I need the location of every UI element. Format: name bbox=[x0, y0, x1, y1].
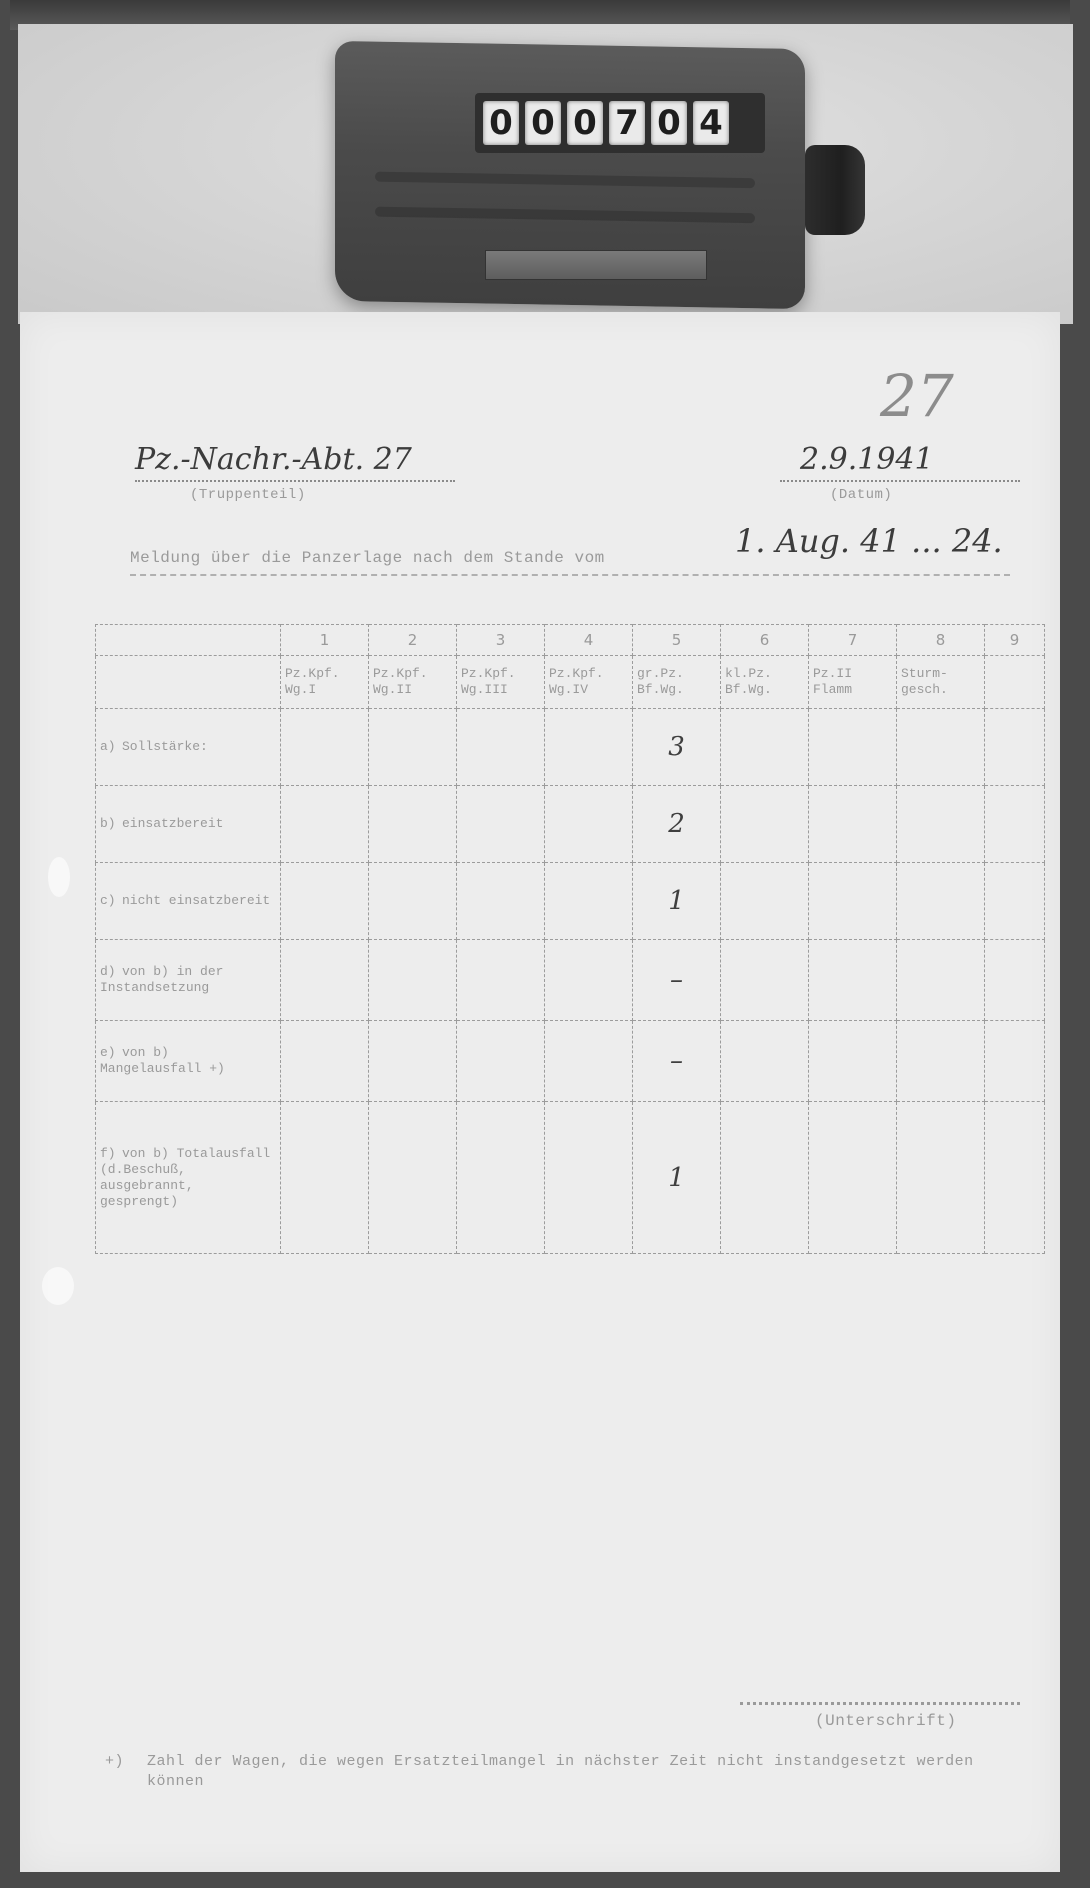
table-cell: 3 bbox=[633, 709, 721, 786]
table-cell bbox=[721, 1102, 809, 1254]
table-cell bbox=[281, 862, 369, 939]
table-cell bbox=[985, 709, 1045, 786]
table-cell bbox=[897, 862, 985, 939]
signature-line bbox=[740, 1702, 1020, 1705]
table-cell bbox=[985, 1021, 1045, 1102]
column-number: 4 bbox=[545, 625, 633, 656]
row-label: a)Sollstärke: bbox=[96, 709, 281, 786]
table-cell bbox=[281, 1021, 369, 1102]
table-cell bbox=[897, 785, 985, 862]
table-cell bbox=[457, 1021, 545, 1102]
row-label-header bbox=[96, 656, 281, 709]
row-label-text: Sollstärke: bbox=[122, 739, 208, 754]
table-cell: 1 bbox=[633, 862, 721, 939]
table-row: c)nicht einsatzbereit 1 bbox=[96, 862, 1045, 939]
mechanical-counter: 0 0 0 7 0 4 bbox=[335, 45, 800, 310]
table-cell bbox=[457, 939, 545, 1020]
column-header: gr.Pz. Bf.Wg. bbox=[633, 656, 721, 709]
table-cell bbox=[985, 862, 1045, 939]
status-as-of-date: 1. Aug. 41 ... 24. bbox=[735, 522, 1003, 560]
table-cell bbox=[985, 785, 1045, 862]
table-cell bbox=[281, 785, 369, 862]
table-cell bbox=[897, 709, 985, 786]
paper-smudge bbox=[42, 1267, 74, 1305]
column-number: 6 bbox=[721, 625, 809, 656]
table-cell bbox=[369, 785, 457, 862]
table-cell bbox=[809, 709, 897, 786]
counter-ridge bbox=[375, 172, 755, 189]
table-cell bbox=[809, 1102, 897, 1254]
row-letter: b) bbox=[100, 816, 122, 832]
table-row: b)einsatzbereit 2 bbox=[96, 785, 1045, 862]
row-label: c)nicht einsatzbereit bbox=[96, 862, 281, 939]
column-header: Pz.Kpf. Wg.III bbox=[457, 656, 545, 709]
column-number: 5 bbox=[633, 625, 721, 656]
table-cell bbox=[369, 862, 457, 939]
table-row: a)Sollstärke: 3 bbox=[96, 709, 1045, 786]
column-number: 3 bbox=[457, 625, 545, 656]
table-cell bbox=[545, 939, 633, 1020]
footnote-mark: +) bbox=[105, 1752, 124, 1772]
row-label: f)von b) Totalausfall (d.Beschuß, ausgeb… bbox=[96, 1102, 281, 1254]
column-name-row: Pz.Kpf. Wg.I Pz.Kpf. Wg.II Pz.Kpf. Wg.II… bbox=[96, 656, 1045, 709]
table-cell bbox=[281, 1102, 369, 1254]
unit-dotted-line bbox=[135, 480, 455, 482]
counter-digit: 7 bbox=[609, 101, 645, 145]
row-letter: a) bbox=[100, 739, 122, 755]
table-cell bbox=[369, 1102, 457, 1254]
column-header: Pz.Kpf. Wg.IV bbox=[545, 656, 633, 709]
date-field-label: (Datum) bbox=[830, 487, 892, 503]
row-label-header bbox=[96, 625, 281, 656]
counter-digit: 0 bbox=[651, 101, 687, 145]
unit-field-label: (Truppenteil) bbox=[190, 487, 306, 503]
counter-digit: 0 bbox=[567, 101, 603, 145]
table-cell bbox=[897, 939, 985, 1020]
row-letter: d) bbox=[100, 964, 122, 980]
column-number: 7 bbox=[809, 625, 897, 656]
table-cell bbox=[369, 1021, 457, 1102]
column-header: kl.Pz. Bf.Wg. bbox=[721, 656, 809, 709]
table-cell bbox=[809, 1021, 897, 1102]
table-cell bbox=[281, 709, 369, 786]
table-row: f)von b) Totalausfall (d.Beschuß, ausgeb… bbox=[96, 1102, 1045, 1254]
table-cell bbox=[457, 785, 545, 862]
table-cell bbox=[721, 1021, 809, 1102]
table-cell bbox=[721, 709, 809, 786]
table-cell: 1 bbox=[633, 1102, 721, 1254]
table-cell bbox=[457, 862, 545, 939]
table-cell bbox=[545, 1102, 633, 1254]
table-cell: – bbox=[633, 939, 721, 1020]
row-label-text: einsatzbereit bbox=[122, 816, 223, 831]
row-label: b)einsatzbereit bbox=[96, 785, 281, 862]
row-letter: f) bbox=[100, 1146, 122, 1162]
table-cell bbox=[281, 939, 369, 1020]
footnote: +) Zahl der Wagen, die wegen Ersatzteilm… bbox=[105, 1752, 1005, 1792]
table-cell bbox=[369, 709, 457, 786]
counter-ridge bbox=[375, 207, 755, 224]
column-header: Sturm- gesch. bbox=[897, 656, 985, 709]
row-label-text: von b) Totalausfall (d.Beschuß, ausgebra… bbox=[100, 1146, 270, 1209]
table-cell bbox=[897, 1021, 985, 1102]
table-cell bbox=[545, 709, 633, 786]
report-date: 2.9.1941 bbox=[800, 442, 934, 477]
counter-digit: 4 bbox=[693, 101, 729, 145]
column-number: 2 bbox=[369, 625, 457, 656]
row-label: e)von b) Mangelausfall +) bbox=[96, 1021, 281, 1102]
table-cell bbox=[545, 785, 633, 862]
counter-digit: 0 bbox=[483, 101, 519, 145]
signature-label: (Unterschrift) bbox=[815, 1712, 956, 1730]
column-number: 9 bbox=[985, 625, 1045, 656]
table-cell bbox=[545, 1021, 633, 1102]
column-number: 8 bbox=[897, 625, 985, 656]
column-number-row: 1 2 3 4 5 6 7 8 9 bbox=[96, 625, 1045, 656]
document-page: 27 Pz.-Nachr.-Abt. 27 (Truppenteil) 2.9.… bbox=[20, 312, 1060, 1872]
table-cell bbox=[721, 939, 809, 1020]
counter-nameplate bbox=[485, 250, 707, 280]
column-header: Pz.Kpf. Wg.I bbox=[281, 656, 369, 709]
table-cell bbox=[985, 939, 1045, 1020]
tank-status-table: 1 2 3 4 5 6 7 8 9 Pz.Kpf. Wg.I Pz.Kpf. W… bbox=[95, 624, 1045, 1254]
table-cell bbox=[897, 1102, 985, 1254]
column-number: 1 bbox=[281, 625, 369, 656]
row-letter: e) bbox=[100, 1045, 122, 1061]
table-cell bbox=[457, 709, 545, 786]
table-cell: – bbox=[633, 1021, 721, 1102]
archive-stamp-number: 27 bbox=[880, 362, 954, 430]
column-header: Pz.Kpf. Wg.II bbox=[369, 656, 457, 709]
table-cell bbox=[985, 1102, 1045, 1254]
date-dotted-line bbox=[780, 480, 1020, 482]
row-letter: c) bbox=[100, 893, 122, 909]
table-cell bbox=[809, 939, 897, 1020]
row-label: d)von b) in der Instandsetzung bbox=[96, 939, 281, 1020]
table-cell bbox=[457, 1102, 545, 1254]
column-header bbox=[985, 656, 1045, 709]
table-cell bbox=[545, 862, 633, 939]
table-cell bbox=[721, 862, 809, 939]
table-cell bbox=[369, 939, 457, 1020]
column-header: Pz.II Flamm bbox=[809, 656, 897, 709]
table-cell bbox=[809, 785, 897, 862]
table-cell bbox=[721, 785, 809, 862]
title-underline bbox=[130, 574, 1010, 576]
footnote-text: Zahl der Wagen, die wegen Ersatzteilmang… bbox=[147, 1752, 1005, 1792]
table-cell: 2 bbox=[633, 785, 721, 862]
report-title: Meldung über die Panzerlage nach dem Sta… bbox=[130, 549, 605, 567]
table-row: e)von b) Mangelausfall +) – bbox=[96, 1021, 1045, 1102]
row-label-text: nicht einsatzbereit bbox=[122, 893, 270, 908]
counter-display: 0 0 0 7 0 4 bbox=[475, 93, 765, 153]
counter-reset-knob bbox=[805, 145, 865, 235]
table-cell bbox=[809, 862, 897, 939]
unit-name: Pz.-Nachr.-Abt. 27 bbox=[135, 442, 412, 477]
table-row: d)von b) in der Instandsetzung – bbox=[96, 939, 1045, 1020]
counter-digit: 0 bbox=[525, 101, 561, 145]
paper-smudge bbox=[48, 857, 70, 897]
